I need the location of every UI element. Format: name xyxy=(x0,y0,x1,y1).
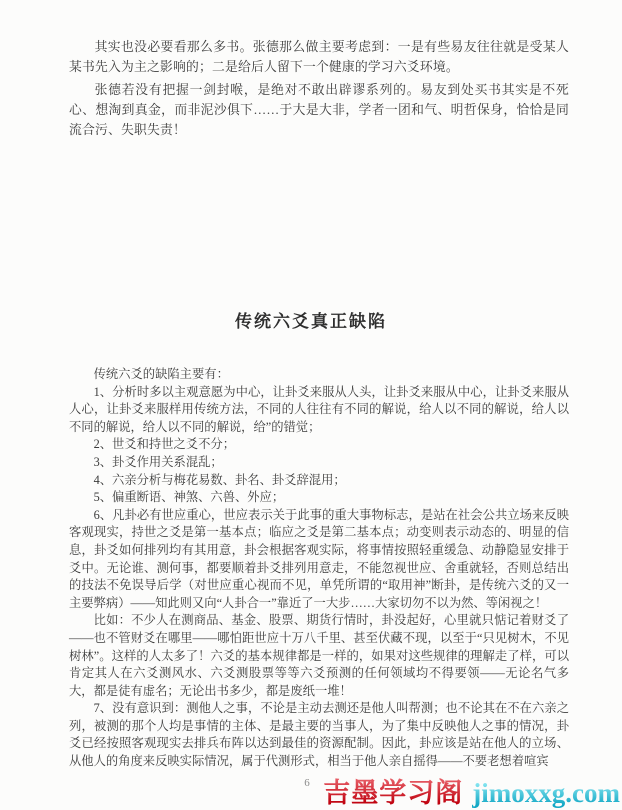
body-paragraph: 5、偏重断语、神煞、六兽、外应； xyxy=(69,489,569,507)
scanned-document-page: 其实也没必要看那么多书。张德那么做主要考虑到：一是有些易友往往就是受某人某书先入… xyxy=(0,0,622,810)
body-paragraph: 比如：不少人在测商品、基金、股票、期货行情时，卦没起好，心里就只惦记着财爻了——… xyxy=(69,612,569,700)
watermark-site-text: jimoxxg.com xyxy=(472,778,620,809)
watermark-brand-text: 吉墨学习阁 xyxy=(323,771,463,810)
body-paragraph: 7、没有意识到：测他人之事，不论是主动去测还是他人叫帮测；也不论其在不在六亲之列… xyxy=(69,700,569,770)
article-title: 传统六爻真正缺陷 xyxy=(0,307,622,332)
body-paragraph: 4、六亲分析与梅花易数、卦名、卦爻辞混用； xyxy=(69,472,569,490)
body-paragraph: 6、凡卦必有世应重心，世应表示关于此事的重大事物标志，是站在社会公共立场来反映客… xyxy=(69,507,569,613)
intro-paragraph: 张德若没有把握一剑封喉，是绝对不敢出辟谬系列的。易友到处买书其实是不死心、想淘到… xyxy=(69,80,569,140)
body-paragraph: 2、世爻和持世之爻不分； xyxy=(69,436,569,454)
body-paragraph: 1、分析时多以主观意愿为中心，让卦爻来服从人头，让卦爻来服从中心，让卦爻来服从人… xyxy=(69,384,569,437)
body-section: 传统六爻的缺陷主要有： 1、分析时多以主观意愿为中心，让卦爻来服从人头，让卦爻来… xyxy=(69,366,569,771)
watermark: 吉墨学习阁 jimoxxg.com xyxy=(323,771,620,810)
intro-paragraph: 其实也没必要看那么多书。张德那么做主要考虑到：一是有些易友往往就是受某人某书先入… xyxy=(69,37,569,77)
body-paragraph: 传统六爻的缺陷主要有： xyxy=(69,366,569,384)
body-paragraph: 3、卦爻作用关系混乱； xyxy=(69,454,569,472)
intro-section: 其实也没必要看那么多书。张德那么做主要考虑到：一是有些易友往往就是受某人某书先入… xyxy=(69,37,569,143)
